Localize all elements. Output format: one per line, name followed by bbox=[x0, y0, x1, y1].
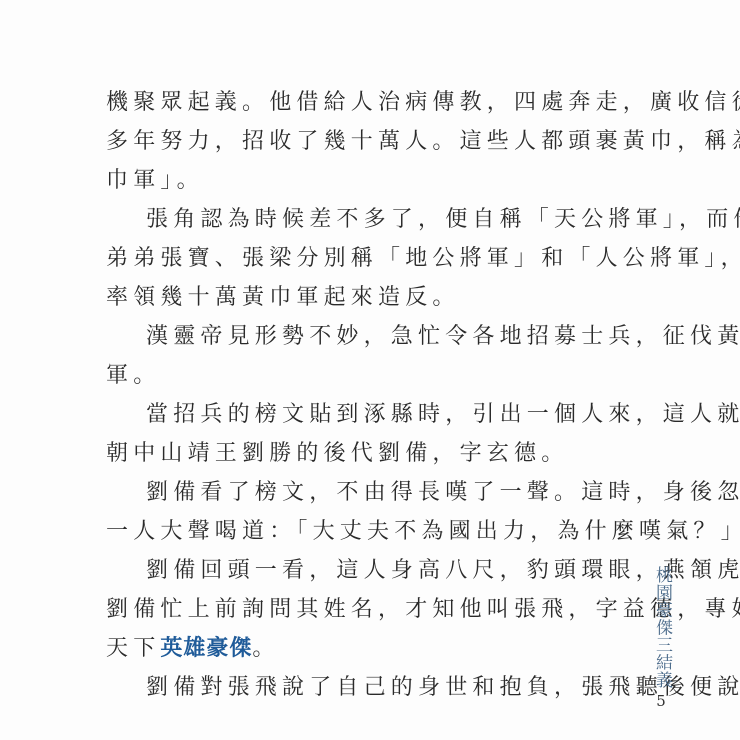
text-suffix: 。 bbox=[252, 636, 279, 661]
text-line-8: 軍。 bbox=[106, 361, 160, 391]
highlighted-term: 英雄豪傑 bbox=[160, 636, 252, 661]
text-prefix: 天下 bbox=[106, 636, 160, 661]
text-line-10: 朝中山靖王劉勝的後代劉備，字玄德。 bbox=[106, 439, 568, 469]
text-line-15: 天下英雄豪傑。 bbox=[106, 634, 280, 664]
book-page: 機聚眾起義。他借給人治病傳教，四處奔走，廣收信徒，經 多年努力，招收了幾十萬人。… bbox=[0, 0, 740, 740]
text-line-11: 劉備看了榜文，不由得長嘆了一聲。這時，身後忽然有 bbox=[146, 478, 740, 508]
text-line-9: 當招兵的榜文貼到涿縣時，引出一個人來，這人就是漢 bbox=[146, 400, 740, 430]
text-line-6: 率領幾十萬黃巾軍起來造反。 bbox=[106, 283, 460, 313]
text-line-12: 一人大聲喝道：「大丈夫不為國出力，為什麼嘆氣？」 bbox=[106, 517, 740, 547]
text-line-1: 機聚眾起義。他借給人治病傳教，四處奔走，廣收信徒，經 bbox=[106, 88, 740, 118]
text-line-4: 張角認為時候差不多了，便自稱「天公將軍」，而他的 bbox=[146, 205, 740, 235]
text-line-5: 弟弟張寶、張梁分別稱「地公將軍」和「人公將軍」，他們 bbox=[106, 244, 740, 274]
text-line-2: 多年努力，招收了幾十萬人。這些人都頭裹黃巾，稱為「黃 bbox=[106, 127, 740, 157]
page-number: 5 bbox=[652, 692, 670, 710]
text-line-7: 漢靈帝見形勢不妙，急忙令各地招募士兵，征伐黃巾 bbox=[146, 322, 740, 352]
text-line-14: 劉備忙上前詢問其姓名，才知他叫張飛，字益德，專好結交 bbox=[106, 595, 740, 625]
text-line-3: 巾軍」。 bbox=[106, 166, 204, 196]
chapter-side-title: 桃園豪傑三結義 bbox=[650, 566, 672, 689]
